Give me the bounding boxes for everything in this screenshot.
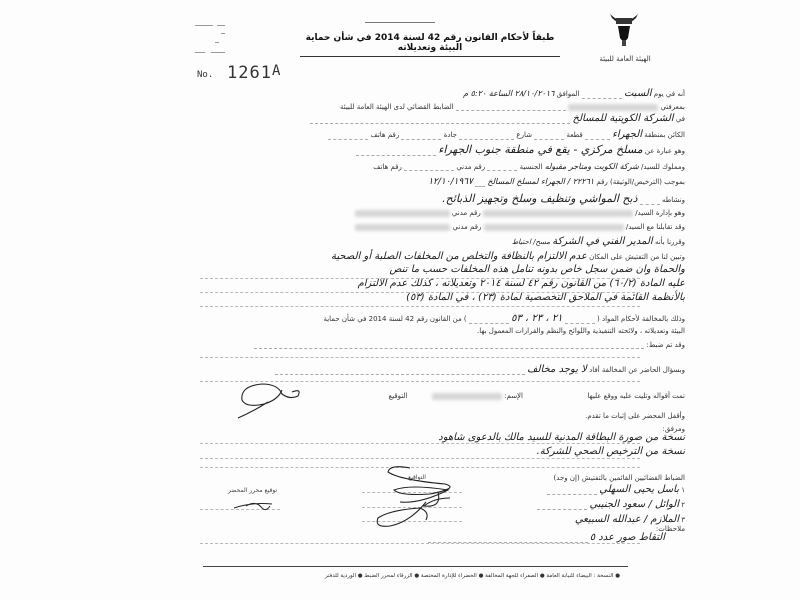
informed-note: مسح/ احتياط [512, 238, 550, 246]
manager-civil-id-label: رقم مدني [452, 209, 481, 217]
notes-value-row: التقاط صور عدد ٥ [428, 532, 666, 543]
activity-value: ذبح المواشي وتنظيف وسلخ وتجهيز الذبائح. [442, 192, 637, 205]
statements-label: تمت أقواله وتليت عليه ووقع عليها [587, 392, 685, 400]
informed-value: المدير الفني في الشركة [552, 236, 652, 247]
officer-name-redacted [568, 104, 658, 111]
street-label: شارع [516, 131, 532, 139]
officers-signatures [360, 462, 470, 530]
officer-label: بمعرفتي [660, 103, 685, 111]
violation-row-2: البيئة وتعديلاته ، ولائحته التنفيذية وال… [477, 327, 685, 335]
violation-line-2: البيئة وتعديلاته ، ولائحته التنفيذية وال… [477, 327, 685, 335]
closing-label: وأقفل المحضر على إثبات ما تقدم. [585, 412, 685, 420]
ruled-line [200, 543, 640, 544]
license-value: ٢٢٢٦١ / الجهراء لمسلخ المسالخ [487, 177, 594, 186]
date-label: الموافق [557, 90, 580, 98]
met-with-civil-id-label: رقم مدني [453, 223, 482, 231]
corner-marks [195, 25, 235, 55]
manager-civil-id-redacted [355, 210, 450, 217]
seized-row: وقد تم ضبط: [254, 341, 685, 349]
violation-label: وذلك بالمخالفة لأحكام المواد ( [597, 315, 685, 323]
owner-civil-id-label: رقم مدني [456, 163, 485, 171]
description-row: وهو عبارة عن مسلخ مركزي - يقع في منطقة ج… [356, 143, 685, 156]
activity-label: ونشاطه [662, 196, 685, 204]
license-row: بموجب (الترخيص/الوثيقة) رقم ٢٢٢٦١ / الجه… [428, 177, 685, 187]
officer-name: الملازم / عبدالله السبيعي [575, 514, 679, 525]
officer-number: ٢ [681, 501, 685, 509]
respondent-signature [232, 378, 304, 418]
license-label: بموجب (الترخيص/الوثيقة) رقم [596, 178, 685, 186]
officer-3: ٣ الملازم / عبدالله السبيعي [575, 514, 685, 525]
day-label: أنه في يوم [654, 90, 685, 98]
officer-name: الوائل / سعود الجنيبي [589, 499, 679, 510]
company-value: الشركة الكويتية للمسالخ [573, 113, 674, 124]
author-signature [232, 496, 276, 514]
ruled-line [200, 278, 640, 279]
notes-value: التقاط صور عدد ٥ [590, 532, 665, 543]
name-redacted [432, 393, 502, 400]
emblem-logo-icon [607, 12, 641, 52]
org-name: الهيئة العامة للبيئة [580, 55, 670, 63]
violation-articles: ٢١ ، ٢٣ ، ٥٣ [511, 313, 562, 324]
document-page: طبقاً لأحكام القانون رقم 42 لسنة 2014 في… [0, 0, 800, 600]
location-row: الكائن بمنطقة الجهراء قطعة شارع جادة رقم… [328, 129, 685, 140]
owner-row: ومملوك للسيد/ شركة الكويت ومتاجر مقبوله … [373, 162, 685, 171]
footer-rule [203, 566, 628, 567]
officer-suffix: الضابط القضائي لدى الهيئة العامة للبيئة [340, 103, 454, 111]
activity-row: ونشاطه ذبح المواشي وتنظيف وسلخ وتجهيز ال… [442, 192, 685, 205]
ruled-line [200, 458, 640, 459]
ruled-line [200, 306, 640, 307]
license-date: ١٢/١٠/١٩٦٧ [428, 177, 473, 187]
inspection-text: والحماة وان ضمن سجل خاص بدونه تنامل هذه … [255, 263, 685, 305]
signature-label: التوقيع [388, 392, 407, 400]
inspection-line-2: والحماة وان ضمن سجل خاص بدونه تنامل هذه … [255, 263, 685, 277]
violation-row: وذلك بالمخالفة لأحكام المواد ( ٢١ ، ٢٣ ،… [323, 313, 685, 324]
attachment-line-2: نسخة من الترخيص الصحي للشركة. [385, 445, 685, 459]
company-row: في الشركة الكويتية للمسالخ [310, 113, 685, 124]
owner-label: ومملوك للسيد/ [641, 163, 685, 171]
owner-phone-label: رقم هاتف [373, 163, 402, 171]
inspection-line-3: عليه المادة (٦٠/٢) من القانون رقم ٤٢ لسن… [255, 277, 685, 291]
block-label: قطعة [566, 131, 582, 139]
manager-label: وهو بإدارة السيد/ [635, 209, 685, 217]
statements-row: تمت أقواله وتليت عليه ووقع عليها الإسم: … [388, 392, 685, 400]
attachments-text: نسخة من صورة البطاقة المدنية للسيد مالك … [385, 431, 685, 459]
officer-name: باسل يحيى السهلي [599, 484, 679, 495]
ruled-line [200, 443, 640, 444]
violation-suffix: ) من القانون رقم 42 لسنة 2014 في شأن حما… [323, 315, 466, 323]
day-row: أنه في يوم السبت الموافق ٢٨/١٠/٢٠١٦ السا… [463, 88, 685, 99]
officer-1: ١ باسل يحيى السهلي [547, 484, 685, 495]
doc-series: A [272, 63, 280, 79]
description-value: مسلخ مركزي - يقع في منطقة جنوب الجهراء [438, 143, 642, 156]
manager-row: وهو بإدارة السيد/ رقم مدني [355, 209, 685, 217]
author-signature-label: توقيع محرر المحضر [228, 487, 277, 494]
officer-number: ٣ [681, 516, 685, 524]
met-with-row: وقد تقابلنا مع السيد/ رقم مدني [355, 223, 685, 231]
doc-number: 1261 [227, 63, 272, 83]
location-value: الجهراء [612, 129, 642, 140]
ruled-line [200, 292, 640, 293]
ruled-line [200, 357, 640, 358]
manager-name-redacted [483, 210, 633, 217]
inspection-line-4: بالأنظمة القائمة في الملاحق التخصصية لما… [255, 291, 685, 305]
date-value: ٢٨/١٠/٢٠١٦ الساعة ٥:٢٠ م [463, 89, 554, 98]
met-with-label: وقد تقابلنا مع السيد/ [626, 223, 685, 231]
officers-header: الضباط القضائيين القائمين بالتفتيش (إن و… [554, 474, 685, 482]
distribution-note: ● النسخة : البيضاء للنيابة العامة ● الصف… [300, 573, 620, 579]
header-title: طبقاً لأحكام القانون رقم 42 لسنة 2014 في… [300, 33, 560, 57]
avenue-label: جادة [444, 131, 457, 139]
company-label: في [676, 115, 685, 123]
inspection-line-1: عدم الالتزام بالنظافة والتخلص من المخلفا… [331, 251, 587, 262]
location-phone-label: رقم هاتف [371, 131, 400, 139]
header-rule [365, 22, 435, 23]
question-row: وبسؤال الحاضر عن المخالفة أفاد لا يوجد م… [275, 364, 685, 375]
inspection-row: وتبين لنا من التفتيش على المكان عدم الال… [331, 251, 685, 262]
seized-label: وقد تم ضبط: [646, 341, 685, 349]
officer-row: بمعرفتي الضابط القضائي لدى الهيئة العامة… [340, 103, 685, 111]
question-label: وبسؤال الحاضر عن المخالفة أفاد [589, 366, 685, 374]
met-with-name-redacted [484, 224, 624, 231]
inspection-label: وتبين لنا من التفتيش على المكان [589, 253, 685, 261]
doc-number-label: No. [197, 70, 213, 80]
day-value: السبت [624, 88, 652, 99]
closing-row: وأقفل المحضر على إثبات ما تقدم. [585, 412, 685, 420]
officer-2: ٢ الوائل / سعود الجنيبي [537, 499, 685, 510]
officer-number: ١ [681, 486, 685, 494]
location-label: الكائن بمنطقة [644, 131, 685, 139]
informed-label: وقررنا بأنه [655, 238, 685, 246]
met-with-civil-id-redacted [355, 224, 450, 231]
nationality-label: الجنسية [520, 163, 543, 171]
question-value: لا يوجد مخالف [527, 364, 587, 375]
owner-value: شركة الكويت ومتاجر مقبوله [545, 162, 639, 171]
name-label: الإسم: [504, 392, 523, 400]
informed-row: وقررنا بأنه المدير الفني في الشركة مسح/ … [512, 236, 685, 247]
officers-label: الضباط القضائيين القائمين بالتفتيش (إن و… [554, 474, 685, 482]
description-label: وهو عبارة عن [645, 147, 685, 155]
